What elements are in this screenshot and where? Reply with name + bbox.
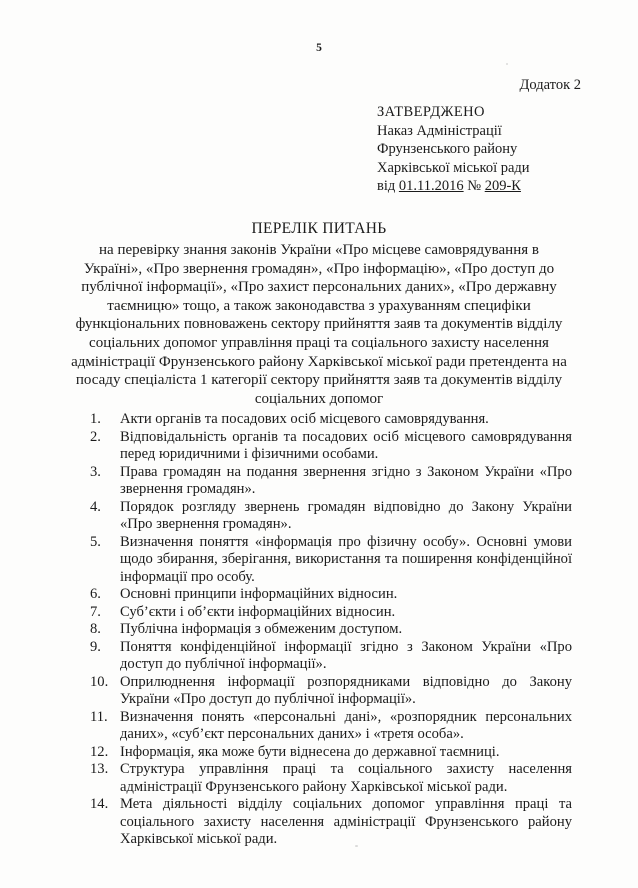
- question-item: 3. Права громадян на подання звернення з…: [90, 464, 572, 499]
- question-item: 2. Відповідальність органів та посадових…: [90, 429, 572, 464]
- question-item: 14. Мета діяльності відділу соціальних д…: [90, 796, 572, 849]
- question-text: Інформація, яка може бути віднесена до д…: [120, 744, 572, 762]
- question-number: 1.: [90, 411, 120, 429]
- question-item: 7. Суб’єкти і об’єкти інформаційних відн…: [90, 604, 572, 622]
- question-text: Структура управління праці та соціальног…: [120, 761, 572, 796]
- approval-line: Фрунзенського району: [377, 140, 530, 159]
- question-item: 11. Визначення понять «персональні дані»…: [90, 709, 572, 744]
- question-item: 5. Визначення поняття «інформація про фі…: [90, 534, 572, 587]
- scan-speck: [506, 63, 508, 65]
- question-item: 12. Інформація, яка може бути віднесена …: [90, 744, 572, 762]
- subtitle-line: адміністрації Фрунзенського району Харкі…: [36, 353, 602, 372]
- subtitle-line: посаду спеціаліста 1 категорії сектору п…: [36, 371, 602, 390]
- question-item: 1. Акти органів та посадових осіб місцев…: [90, 411, 572, 429]
- subtitle-line: Україні», «Про звернення громадян», «Про…: [36, 260, 602, 279]
- approval-block: ЗАТВЕРДЖЕНО Наказ Адміністрації Фрунзенс…: [377, 103, 530, 196]
- document-page: 5 Додаток 2 ЗАТВЕРДЖЕНО Наказ Адміністра…: [0, 0, 638, 888]
- document-title: ПЕРЕЛІК ПИТАНЬ: [36, 220, 602, 238]
- question-item: 10. Оприлюднення інформації розпорядника…: [90, 674, 572, 709]
- question-number: 10.: [90, 674, 120, 709]
- subtitle-line: публічної інформації», «Про захист персо…: [36, 278, 602, 297]
- subtitle-line: соціальних допомог: [36, 390, 602, 409]
- question-number: 12.: [90, 744, 120, 762]
- question-number: 4.: [90, 499, 120, 534]
- question-number: 3.: [90, 464, 120, 499]
- approval-date: 01.11.2016: [399, 178, 464, 194]
- question-number: 6.: [90, 586, 120, 604]
- question-text: Права громадян на подання звернення згід…: [120, 464, 572, 499]
- subtitle-line: функціональних повноважень сектору прийн…: [36, 315, 602, 334]
- question-number: 13.: [90, 761, 120, 796]
- appendix-label: Додаток 2: [520, 77, 581, 94]
- subtitle-line: соціальних допомог управління праці та с…: [36, 334, 602, 353]
- question-number: 7.: [90, 604, 120, 622]
- subtitle-line: на перевірку знання законів України «Про…: [36, 241, 602, 260]
- question-text: Оприлюднення інформації розпорядниками в…: [120, 674, 572, 709]
- approval-line: Наказ Адміністрації: [377, 122, 530, 141]
- scan-speck: [355, 845, 358, 847]
- question-text: Визначення понять «персональні дані», «р…: [120, 709, 572, 744]
- question-text: Акти органів та посадових осіб місцевого…: [120, 411, 572, 429]
- question-text: Публічна інформація з обмеженим доступом…: [120, 621, 572, 639]
- question-item: 8. Публічна інформація з обмеженим досту…: [90, 621, 572, 639]
- questions-list: 1. Акти органів та посадових осіб місцев…: [90, 411, 572, 849]
- question-item: 9. Поняття конфіденційної інформації згі…: [90, 639, 572, 674]
- approval-number: 209-К: [485, 178, 521, 194]
- question-number: 2.: [90, 429, 120, 464]
- question-text: Основні принципи інформаційних відносин.: [120, 586, 572, 604]
- question-item: 4. Порядок розгляду звернень громадян ві…: [90, 499, 572, 534]
- subtitle-line: таємницю» тощо, а також законодавства з …: [36, 297, 602, 316]
- question-item: 13. Структура управління праці та соціал…: [90, 761, 572, 796]
- question-text: Порядок розгляду звернень громадян відпо…: [120, 499, 572, 534]
- approval-from-label: від: [377, 178, 395, 194]
- approval-heading: ЗАТВЕРДЖЕНО: [377, 103, 530, 122]
- question-item: 6. Основні принципи інформаційних віднос…: [90, 586, 572, 604]
- approval-number-sign: №: [467, 178, 481, 194]
- question-number: 9.: [90, 639, 120, 674]
- question-text: Відповідальність органів та посадових ос…: [120, 429, 572, 464]
- approval-order-line: від 01.11.2016 № 209-К: [377, 177, 530, 196]
- question-number: 5.: [90, 534, 120, 587]
- approval-line: Харківської міської ради: [377, 159, 530, 178]
- question-text: Мета діяльності відділу соціальних допом…: [120, 796, 572, 849]
- title-block: ПЕРЕЛІК ПИТАНЬ на перевірку знання закон…: [36, 220, 602, 408]
- question-text: Суб’єкти і об’єкти інформаційних відноси…: [120, 604, 572, 622]
- question-number: 11.: [90, 709, 120, 744]
- question-text: Поняття конфіденційної інформації згідно…: [120, 639, 572, 674]
- question-number: 14.: [90, 796, 120, 849]
- question-text: Визначення поняття «інформація про фізич…: [120, 534, 572, 587]
- question-number: 8.: [90, 621, 120, 639]
- page-number: 5: [0, 42, 638, 54]
